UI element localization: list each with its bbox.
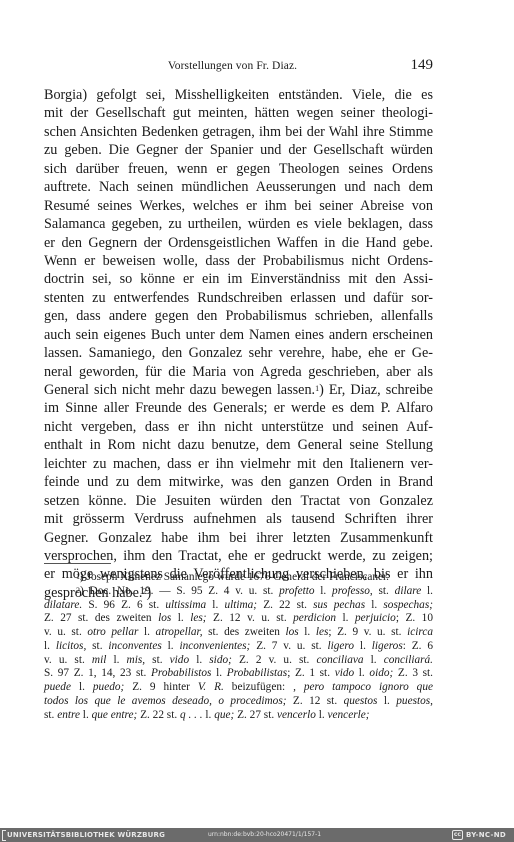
text-segment: l. [211, 667, 226, 679]
text-line: Gegner. Gonzalez habe ihm bei ihrer letz… [44, 529, 433, 547]
text-line: Resumé seines Werkes, welches er ihm bei… [44, 197, 433, 215]
text-segment: ) Er, Diaz, schreibe [319, 382, 433, 398]
text-segment: st. [44, 709, 57, 721]
footnote-2-line: v. u. st. mil l. mis, st. vido l. sido; … [44, 654, 433, 668]
italic-term: inconventes [108, 640, 161, 652]
page-number: 149 [411, 57, 434, 74]
italic-term: sus pechas [313, 599, 365, 611]
italic-term: inconvenientes; [179, 640, 250, 652]
text-line: neral geworden, für die Maria von Agreda… [44, 363, 433, 381]
italic-term: oido; [369, 667, 393, 679]
footnote-2-line: 2) Doc. No. 19. — S. 95 Z. 4 v. u. st. p… [44, 585, 433, 599]
italic-term: ligero [327, 640, 354, 652]
italic-term: puede [44, 681, 71, 693]
document-page: Vorstellungen von Fr. Diaz. 149 Borgia) … [0, 0, 514, 828]
italic-term: dilare [395, 585, 422, 597]
italic-term: que entre; [92, 709, 138, 721]
text-segment: l. [162, 640, 180, 652]
italic-term: sido; [209, 654, 232, 666]
text-line: im Sinne aller Freunde des Generals; er … [44, 399, 433, 417]
library-logo-icon [2, 830, 6, 841]
italic-term: entre [57, 709, 80, 721]
text-segment: Z. 12 st. [287, 695, 344, 707]
text-line: auftrete. Nach seinen mündlichen Aeusser… [44, 178, 433, 196]
text-segment: l. [365, 599, 383, 611]
footnote-2-line: todos los que le avemos deseado, o proce… [44, 695, 433, 709]
text-segment: ; Z. 1 st. [287, 667, 335, 679]
text-line: setzen könne. Die Jesuiten würden den Tr… [44, 492, 433, 510]
footnote-2-line: puede l. puedo; Z. 9 hinter V. R. beizuf… [44, 681, 433, 695]
viewer-footer-bar: UNIVERSITÄTSBIBLIOTHEK WÜRZBURG urn:nbn:… [0, 828, 514, 842]
license-text: BY-NC-ND [466, 830, 506, 840]
italic-term: vido [335, 667, 354, 679]
footnote-2-line: st. entre l. que entre; Z. 22 st. q . . … [44, 709, 433, 723]
library-logo[interactable]: UNIVERSITÄTSBIBLIOTHEK WÜRZBURG [2, 830, 165, 840]
text-line: auch sein eigenes Buch unter dem Namen e… [44, 326, 433, 344]
italic-term: dilatare. [44, 599, 82, 611]
text-segment: ; Z. 9 v. u. st. [328, 626, 407, 638]
text-segment: ) Doc. No. 19. — S. 95 Z. 4 v. u. st. [80, 585, 279, 597]
italic-term: todos los que le avemos deseado, o proce… [44, 695, 287, 707]
text-line: er den Gegnern der Ordensgeistlichen Waf… [44, 234, 433, 252]
italic-term: perdicion [293, 612, 336, 624]
text-segment: Z. 22 st. [137, 709, 180, 721]
italic-term: mil [92, 654, 106, 666]
text-segment: l. [299, 626, 316, 638]
text-line: Salamanca gegeben, zu urtheilen, würden … [44, 215, 433, 233]
italic-term: icirca [407, 626, 433, 638]
italic-term: questos [344, 695, 378, 707]
text-segment: l. [206, 599, 224, 611]
text-segment: l. [80, 709, 92, 721]
running-title: Vorstellungen von Fr. Diaz. [44, 60, 433, 72]
italic-term: vencerle; [328, 709, 370, 721]
text-segment: l. [44, 640, 56, 652]
italic-term: otro pellar [87, 626, 138, 638]
italic-term: sospechas; [383, 599, 433, 611]
creative-commons-icon: cc [452, 830, 463, 840]
text-line: Wenn er beweisen wolle, dass der Probabi… [44, 252, 433, 270]
text-line: mit grösserm Verdruss aufnehmen als taus… [44, 510, 433, 528]
italic-term: ultissima [165, 599, 206, 611]
text-segment: ; Z. 10 [396, 612, 433, 624]
italic-term: V. R. [198, 681, 224, 693]
text-line: enthalt in Rom nicht dazu benutze, dem G… [44, 436, 433, 454]
italic-term: professo [332, 585, 370, 597]
text-segment: l. [203, 709, 215, 721]
italic-term: licitos, [56, 640, 86, 652]
text-segment: l. [364, 654, 384, 666]
text-segment: l. [189, 654, 209, 666]
text-segment: Z. 22 st. [257, 599, 313, 611]
text-segment: General sich nicht mehr dazu bewegen las… [44, 382, 315, 398]
text-line: stenten zu entwerfendes Rundschreiben er… [44, 289, 433, 307]
footnote-2-line: Z. 27 st. des zweiten los l. les; Z. 12 … [44, 612, 433, 626]
italic-term: perjuicio [355, 612, 396, 624]
text-segment: Z. 27 st. [234, 709, 277, 721]
italic-term: puestos, [396, 695, 433, 707]
italic-term: ligeros [372, 640, 403, 652]
italic-term: Probabilistos [151, 667, 211, 679]
italic-term: profetto [279, 585, 314, 597]
footnote-2-line: dilatare. S. 96 Z. 6 st. ultissima l. ul… [44, 599, 433, 613]
italic-term: les [316, 626, 329, 638]
text-segment: l. [354, 667, 369, 679]
footnote-mark: 1 [76, 572, 80, 581]
text-segment: Z. 7 v. u. st. [250, 640, 327, 652]
text-segment: l. [138, 626, 155, 638]
text-segment: v. u. st. [44, 626, 87, 638]
italic-term: , pero tampoco ignoro que [293, 681, 433, 693]
italic-term: ultima; [224, 599, 257, 611]
footnotes: 1) Joseph Ximenez Samaniego wurde 1676 G… [44, 571, 433, 722]
footnote-1: 1) Joseph Ximenez Samaniego wurde 1676 G… [44, 571, 433, 585]
footnote-2-line: S. 97 Z. 1, 14, 23 st. Probabilistos l. … [44, 667, 433, 681]
text-segment: v. u. st. [44, 654, 92, 666]
italic-term: Probabilistas [227, 667, 287, 679]
text-segment: l. [71, 681, 93, 693]
text-line: lassen. Samaniego, den Gonzalez sehr ver… [44, 344, 433, 362]
text-segment: Z. 27 st. des zweiten [44, 612, 158, 624]
text-segment: l. [315, 585, 333, 597]
text-segment: l. [106, 654, 126, 666]
institution-name: UNIVERSITÄTSBIBLIOTHEK WÜRZBURG [7, 830, 165, 840]
text-segment: l. [354, 640, 372, 652]
text-line: zu geben. Die Gegner der Spanier und der… [44, 141, 433, 159]
italic-term: conciliará. [384, 654, 433, 666]
text-segment: Z. 12 v. u. st. [207, 612, 294, 624]
text-line: General sich nicht mehr dazu bewegen las… [44, 381, 433, 399]
footnote-mark: 2 [76, 586, 80, 595]
italic-term: vido [170, 654, 189, 666]
text-line: feinde und zu dem mitwirke, was den ganz… [44, 473, 433, 491]
footnote-text: ) Joseph Ximenez Samaniego wurde 1676 Ge… [80, 571, 389, 583]
text-line: leichter zu machen, dass er ihn vielmehr… [44, 455, 433, 473]
italic-term: les; [190, 612, 206, 624]
italic-term: puedo; [93, 681, 124, 693]
running-head: Vorstellungen von Fr. Diaz. 149 [44, 57, 433, 75]
text-line: nicht vergeben, dass er ihn nicht unters… [44, 418, 433, 436]
italic-term: q . . . [180, 709, 203, 721]
italic-term: mis, [127, 654, 146, 666]
italic-term: los [285, 626, 298, 638]
license-badge[interactable]: cc BY-NC-ND [452, 830, 506, 840]
text-line: mit der Gesellschaft gut meinten, hätten… [44, 104, 433, 122]
text-segment: l. [377, 695, 396, 707]
text-line: sich darüber freuen, wenn er gegen Theol… [44, 160, 433, 178]
text-segment: Z. 9 hinter [124, 681, 198, 693]
footnote-ref-1[interactable]: 1 [315, 384, 319, 393]
footnote-2-line: v. u. st. otro pellar l. atropellar, st.… [44, 626, 433, 640]
text-line: Borgia) gefolgt sei, Misshelligkeiten en… [44, 86, 433, 104]
text-line: schen Ansichten Bedenken getragen, ihm b… [44, 123, 433, 141]
text-segment: Z. 3 st. [393, 667, 433, 679]
text-segment: , st. [370, 585, 395, 597]
text-segment: l. [171, 612, 190, 624]
italic-term: los [158, 612, 171, 624]
text-segment: st. [86, 640, 108, 652]
footnote-2-line: l. licitos, st. inconventes l. inconveni… [44, 640, 433, 654]
text-segment: S. 97 Z. 1, 14, 23 st. [44, 667, 151, 679]
text-segment: l. [336, 612, 355, 624]
text-segment: st. [145, 654, 170, 666]
italic-term: conciliava [316, 654, 363, 666]
text-segment: beizufügen: [224, 681, 293, 693]
text-segment: : Z. 6 [403, 640, 433, 652]
italic-term: atropellar, [156, 626, 203, 638]
text-segment: S. 96 Z. 6 st. [82, 599, 165, 611]
text-segment: l. [421, 585, 433, 597]
text-segment: st. des zweiten [203, 626, 286, 638]
text-segment: Z. 2 v. u. st. [232, 654, 317, 666]
text-line: gen, dass andere gegen den Probabilismus… [44, 307, 433, 325]
footnote-separator [44, 563, 111, 564]
body-text: Borgia) gefolgt sei, Misshelligkeiten en… [44, 86, 433, 602]
text-line: doctrin sei, so könne er ein im Einverst… [44, 270, 433, 288]
italic-term: vencerlo [277, 709, 316, 721]
text-segment: l. [316, 709, 328, 721]
italic-term: que; [214, 709, 234, 721]
urn-identifier[interactable]: urn:nbn:de:bvb:20-hco20471/1/157-1 [208, 831, 321, 839]
